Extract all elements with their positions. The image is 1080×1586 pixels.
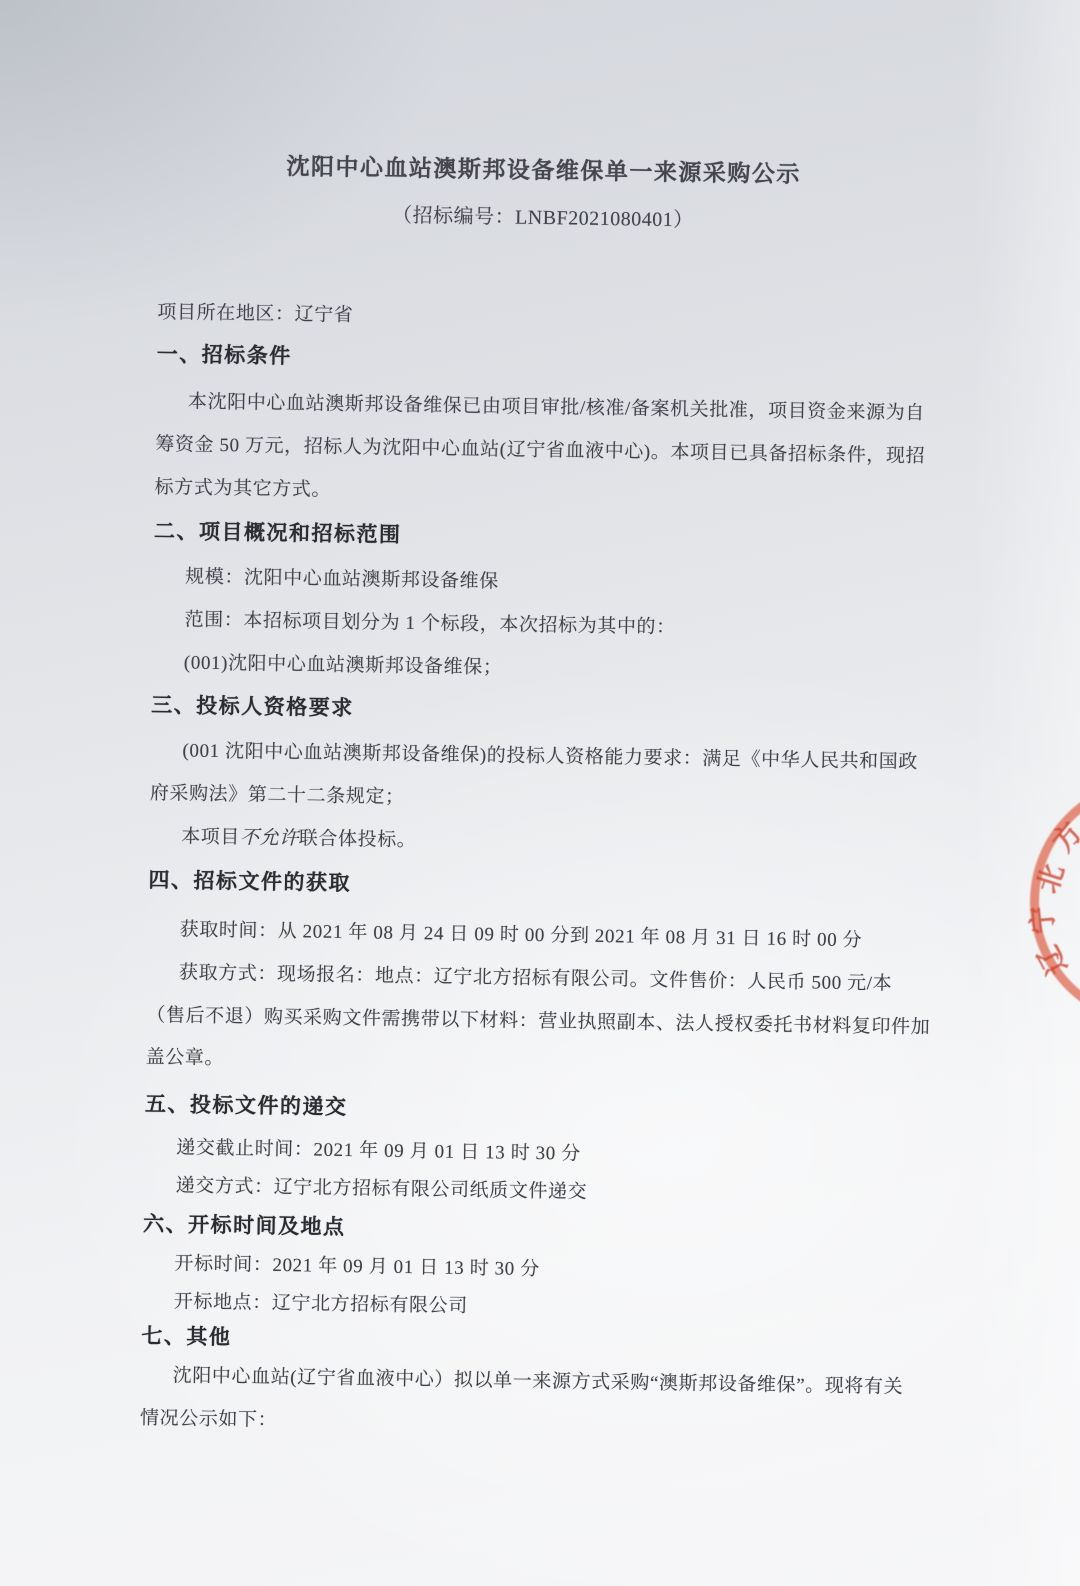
section-3-line: 本项目不允许联合体投标。 bbox=[181, 822, 417, 856]
section-2-line: 范围：本招标项目划分为 1 个标段，本次招标为其中的： bbox=[184, 605, 676, 643]
scanned-document-photo: 沈阳中心血站澳斯邦设备维保单一来源采购公示 （招标编号：LNBF20210804… bbox=[0, 0, 1080, 1586]
section-6-line: 开标时间：2021 年 09 月 01 日 13 时 30 分 bbox=[174, 1249, 540, 1285]
project-region-line: 项目所在地区：辽宁省 bbox=[157, 298, 353, 331]
stamp-character: 宁 bbox=[1020, 904, 1062, 935]
section-3-line: (001 沈阳中心血站澳斯邦设备维保)的投标人资格能力要求：满足《中华人民共和国… bbox=[182, 736, 918, 778]
no-consortium-suffix: 联合体投标。 bbox=[299, 828, 417, 851]
section-4-line: 获取方式：现场报名：地点：辽宁北方招标有限公司。文件售价：人民币 500 元/本 bbox=[179, 958, 893, 999]
section-1-heading: 一、招标条件 bbox=[156, 340, 291, 372]
section-5-line: 递交方式：辽宁北方招标有限公司纸质文件递交 bbox=[175, 1171, 587, 1207]
stamp-character: 方 bbox=[1042, 812, 1080, 859]
section-4-line: 获取时间：从 2021 年 08 月 24 日 09 时 00 分到 2021 … bbox=[179, 915, 862, 956]
section-1-line: 筹资金 50 万元，招标人为沈阳中心血站(辽宁省血液中心)。本项目已具备招标条件… bbox=[155, 430, 925, 472]
section-7-line: 沈阳中心血站(辽宁省血液中心）拟以单一来源方式采购“澳斯邦设备维保”。现将有关 bbox=[172, 1361, 903, 1402]
section-2-line: (001)沈阳中心血站澳斯邦设备维保； bbox=[184, 648, 503, 683]
section-3-line: 府采购法》第二十二条规定； bbox=[150, 779, 405, 813]
stamp-ring-circle bbox=[1030, 778, 1080, 1026]
section-5-line: 递交截止时间：2021 年 09 月 01 日 13 时 30 分 bbox=[176, 1133, 581, 1169]
section-6-heading: 六、开标时间及地点 bbox=[143, 1210, 346, 1243]
section-1-line: 标方式为其它方式。 bbox=[154, 473, 331, 506]
document-title: 沈阳中心血站澳斯邦设备维保单一来源采购公示 bbox=[159, 146, 927, 191]
section-7-heading: 七、其他 bbox=[141, 1322, 231, 1353]
section-4-line: （售后不退）购买采购文件需携带以下材料：营业执照副本、法人授权委托书材料复印件加 bbox=[146, 1001, 930, 1043]
section-6-line: 开标地点：辽宁北方招标有限公司 bbox=[174, 1287, 468, 1322]
no-consortium-prefix: 本项目 bbox=[181, 826, 240, 848]
section-4-line: 盖公章。 bbox=[145, 1043, 224, 1074]
section-2-heading: 二、项目概况和招标范围 bbox=[154, 517, 402, 551]
section-7-line: 情况公示如下： bbox=[140, 1404, 278, 1436]
tender-number: （招标编号：LNBF2021080401） bbox=[159, 195, 927, 236]
section-5-heading: 五、投标文件的递交 bbox=[145, 1090, 348, 1123]
section-1-line: 本沈阳中心血站澳斯邦设备维保已由项目审批/核准/备案机关批准，项目资金来源为自 bbox=[188, 387, 925, 429]
section-3-heading: 三、投标人资格要求 bbox=[151, 691, 354, 724]
section-4-heading: 四、招标文件的获取 bbox=[148, 866, 351, 899]
stamp-character: 北 bbox=[1026, 858, 1073, 897]
no-consortium-emphasis: 不允许 bbox=[240, 827, 299, 849]
section-2-line: 规模：沈阳中心血站澳斯邦设备维保 bbox=[185, 562, 499, 597]
document-page: 沈阳中心血站澳斯邦设备维保单一来源采购公示 （招标编号：LNBF20210804… bbox=[139, 146, 928, 1478]
stamp-character: 辽 bbox=[1027, 939, 1075, 983]
